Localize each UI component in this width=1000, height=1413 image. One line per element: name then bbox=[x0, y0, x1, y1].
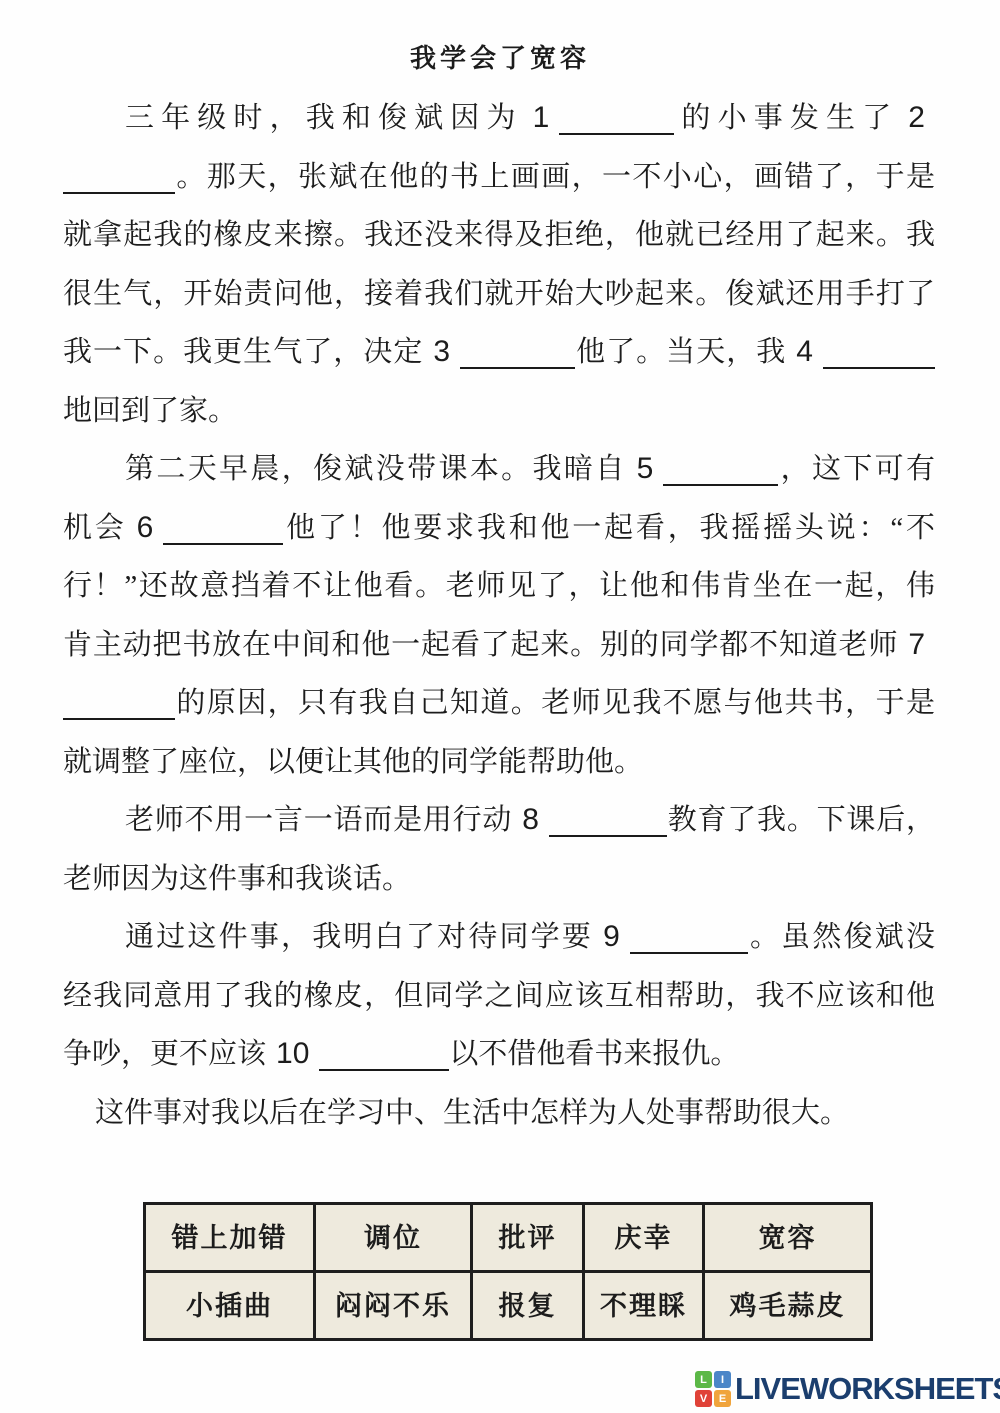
passage-line: 就拿起我的橡皮来擦。我还没来得及拒绝，他就已经用了起来。我 bbox=[63, 206, 935, 265]
word-bank-cell: 闷闷不乐 bbox=[315, 1272, 472, 1340]
answer-blank-2[interactable] bbox=[63, 160, 175, 194]
word-bank-cell: 调位 bbox=[315, 1204, 472, 1272]
word-bank-cell: 宽容 bbox=[704, 1204, 872, 1272]
text-run: 他了！他要求我和他一起看，我摇摇头说：“不 bbox=[283, 512, 935, 544]
word-bank-row: 错上加错 调位 批评 庆幸 宽容 bbox=[145, 1204, 872, 1272]
text-run: 机会 bbox=[63, 512, 127, 544]
blank-number: 2 bbox=[908, 101, 925, 134]
worksheet-page: 我学会了宽容 三年级时，我和俊斌因为1的小事发生了2。那天，张斌在他的书上画画，… bbox=[0, 0, 1000, 1413]
text-run: 老师因为这件事和我谈话。 bbox=[63, 863, 411, 895]
blank-number: 3 bbox=[433, 335, 450, 368]
answer-blank-7[interactable] bbox=[63, 686, 175, 720]
answer-blank-5[interactable] bbox=[663, 452, 778, 486]
text-run: 以不借他看书来报仇。 bbox=[449, 1038, 739, 1070]
text-run: 他了。当天，我 bbox=[575, 336, 786, 368]
answer-blank-8[interactable] bbox=[549, 803, 667, 837]
text-run: 的原因，只有我自己知道。老师见我不愿与他共书，于是 bbox=[175, 687, 935, 719]
word-bank-table: 错上加错 调位 批评 庆幸 宽容 小插曲 闷闷不乐 报复 不理睬 鸡毛蒜皮 bbox=[143, 1202, 873, 1341]
text-run: 地回到了家。 bbox=[63, 395, 237, 427]
word-bank-cell: 不理睬 bbox=[584, 1272, 704, 1340]
text-run: 三年级时，我和俊斌因为 bbox=[125, 102, 523, 134]
text-run: 教育了我。下课后， bbox=[667, 804, 935, 836]
liveworksheets-logo[interactable]: L I V E LIVEWORKSHEETS bbox=[695, 1371, 1000, 1407]
text-run: 这件事对我以后在学习中、生活中怎样为人处事帮助很大。 bbox=[95, 1097, 849, 1129]
text-run: 就调整了座位，以便让其他的同学能帮助他。 bbox=[63, 746, 643, 778]
logo-tile-e: E bbox=[714, 1390, 731, 1407]
text-run: 第二天早晨，俊斌没带课本。我暗自 bbox=[125, 453, 627, 485]
answer-blank-6[interactable] bbox=[163, 511, 283, 545]
text-run: ，这下可有 bbox=[778, 453, 935, 485]
logo-tile-l: L bbox=[695, 1371, 712, 1388]
word-bank-row: 小插曲 闷闷不乐 报复 不理睬 鸡毛蒜皮 bbox=[145, 1272, 872, 1340]
text-run: 肯主动把书放在中间和他一起看了起来。别的同学都不知道老师 bbox=[63, 629, 898, 661]
text-run: 争吵，更不应该 bbox=[63, 1038, 266, 1070]
blank-number: 8 bbox=[522, 803, 539, 836]
word-bank-cell: 批评 bbox=[472, 1204, 584, 1272]
passage-line: 这件事对我以后在学习中、生活中怎样为人处事帮助很大。 bbox=[63, 1084, 935, 1143]
text-run: 行！”还故意挡着不让他看。老师见了，让他和伟肯坐在一起，伟 bbox=[63, 570, 935, 602]
passage-line: 。那天，张斌在他的书上画画，一不小心，画错了，于是 bbox=[63, 148, 935, 207]
blank-number: 7 bbox=[908, 628, 925, 661]
liveworksheets-icon: L I V E bbox=[695, 1371, 731, 1407]
passage-line: 很生气，开始责问他，接着我们就开始大吵起来。俊斌还用手打了 bbox=[63, 265, 935, 324]
passage-line: 地回到了家。 bbox=[63, 382, 935, 441]
text-run: 。那天，张斌在他的书上画画，一不小心，画错了，于是 bbox=[175, 161, 935, 193]
logo-tile-i: I bbox=[714, 1371, 731, 1388]
text-run: 通过这件事，我明白了对待同学要 bbox=[125, 921, 593, 953]
passage-line: 经我同意用了我的橡皮，但同学之间应该互相帮助，我不应该和他 bbox=[63, 967, 935, 1026]
passage-line: 通过这件事，我明白了对待同学要9。虽然俊斌没 bbox=[63, 908, 935, 967]
text-run: 就拿起我的橡皮来擦。我还没来得及拒绝，他就已经用了起来。我 bbox=[63, 219, 935, 251]
passage-line: 就调整了座位，以便让其他的同学能帮助他。 bbox=[63, 733, 935, 792]
answer-blank-9[interactable] bbox=[630, 920, 748, 954]
word-bank-cell: 错上加错 bbox=[145, 1204, 315, 1272]
word-bank-cell: 小插曲 bbox=[145, 1272, 315, 1340]
logo-tile-v: V bbox=[695, 1390, 712, 1407]
blank-number: 1 bbox=[533, 101, 550, 134]
passage-line: 老师不用一言一语而是用行动8教育了我。下课后， bbox=[63, 791, 935, 850]
word-bank-cell: 庆幸 bbox=[584, 1204, 704, 1272]
passage-line: 三年级时，我和俊斌因为1的小事发生了2 bbox=[63, 89, 935, 148]
passage-line: 行！”还故意挡着不让他看。老师见了，让他和伟肯坐在一起，伟 bbox=[63, 557, 935, 616]
passage-line: 争吵，更不应该10以不借他看书来报仇。 bbox=[63, 1025, 935, 1084]
blank-number: 5 bbox=[637, 452, 654, 485]
passage-line: 肯主动把书放在中间和他一起看了起来。别的同学都不知道老师7 bbox=[63, 616, 935, 675]
text-run: 。虽然俊斌没 bbox=[748, 921, 935, 953]
answer-blank-10[interactable] bbox=[319, 1037, 449, 1071]
text-run: 经我同意用了我的橡皮，但同学之间应该互相帮助，我不应该和他 bbox=[63, 980, 935, 1012]
text-run: 老师不用一言一语而是用行动 bbox=[125, 804, 512, 836]
passage-line: 第二天早晨，俊斌没带课本。我暗自5，这下可有 bbox=[63, 440, 935, 499]
blank-number: 6 bbox=[137, 511, 154, 544]
passage: 三年级时，我和俊斌因为1的小事发生了2。那天，张斌在他的书上画画，一不小心，画错… bbox=[63, 89, 935, 1142]
blank-number: 9 bbox=[603, 920, 620, 953]
word-bank-cell: 鸡毛蒜皮 bbox=[704, 1272, 872, 1340]
page-title: 我学会了宽容 bbox=[0, 38, 1000, 75]
liveworksheets-brand-text: LIVEWORKSHEETS bbox=[735, 1371, 1000, 1407]
word-bank-cell: 报复 bbox=[472, 1272, 584, 1340]
passage-line: 老师因为这件事和我谈话。 bbox=[63, 850, 935, 909]
passage-line: 机会6他了！他要求我和他一起看，我摇摇头说：“不 bbox=[63, 499, 935, 558]
blank-number: 4 bbox=[796, 335, 813, 368]
answer-blank-4[interactable] bbox=[823, 335, 935, 369]
answer-blank-1[interactable] bbox=[559, 101, 674, 135]
passage-line: 我一下。我更生气了，决定3他了。当天，我4 bbox=[63, 323, 935, 382]
blank-number: 10 bbox=[276, 1037, 309, 1070]
text-run: 的小事发生了 bbox=[674, 102, 898, 134]
passage-line: 的原因，只有我自己知道。老师见我不愿与他共书，于是 bbox=[63, 674, 935, 733]
answer-blank-3[interactable] bbox=[460, 335, 575, 369]
text-run: 我一下。我更生气了，决定 bbox=[63, 336, 423, 368]
text-run: 很生气，开始责问他，接着我们就开始大吵起来。俊斌还用手打了 bbox=[63, 278, 935, 310]
